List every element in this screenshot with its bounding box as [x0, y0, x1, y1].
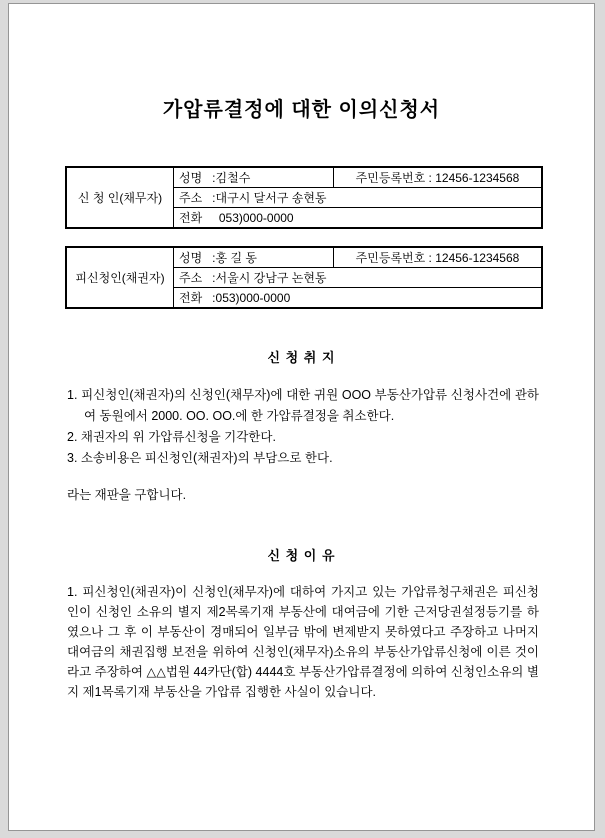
respondent-address-cell: 주소 :서울시 강남구 논현동 — [174, 268, 543, 288]
applicant-phone-cell: 전화 053)000-0000 — [174, 208, 543, 229]
reason-heading: 신 청 이 유 — [9, 545, 594, 564]
applicant-address-cell: 주소 :대구시 달서구 송현동 — [174, 188, 543, 208]
purpose-heading: 신 청 취 지 — [9, 347, 594, 366]
applicant-party-label: 신 청 인(채무자) — [66, 167, 174, 228]
purpose-closing: 라는 재판을 구합니다. — [67, 485, 186, 503]
applicant-name-cell: 성명 :김철수 — [174, 167, 334, 188]
applicant-table: 신 청 인(채무자) 성명 :김철수 주민등록번호 : 12456-123456… — [65, 166, 543, 229]
respondent-table: 피신청인(채권자) 성명 :홍 길 동 주민등록번호 : 12456-12345… — [65, 246, 543, 309]
purpose-list: 1. 피신청인(채권자)의 신청인(채무자)에 대한 귀원 OOO 부동산가압류… — [67, 385, 539, 469]
reason-paragraph: 1. 피신청인(채권자)이 신청인(채무자)에 대하여 가지고 있는 가압류청구… — [67, 582, 539, 702]
table-row: 신 청 인(채무자) 성명 :김철수 주민등록번호 : 12456-123456… — [66, 167, 542, 188]
applicant-regno-cell: 주민등록번호 : 12456-1234568 — [334, 167, 543, 188]
respondent-phone-cell: 전화 :053)000-0000 — [174, 288, 543, 309]
respondent-party-label: 피신청인(채권자) — [66, 247, 174, 308]
purpose-item-3: 3. 소송비용은 피신청인(채권자)의 부담으로 한다. — [67, 448, 539, 469]
purpose-item-2: 2. 채권자의 위 가압류신청을 기각한다. — [67, 427, 539, 448]
respondent-name-cell: 성명 :홍 길 동 — [174, 247, 334, 268]
table-row: 피신청인(채권자) 성명 :홍 길 동 주민등록번호 : 12456-12345… — [66, 247, 542, 268]
respondent-regno-cell: 주민등록번호 : 12456-1234568 — [334, 247, 543, 268]
document-page: 가압류결정에 대한 이의신청서 신 청 인(채무자) 성명 :김철수 주민등록번… — [8, 3, 595, 831]
purpose-item-1: 1. 피신청인(채권자)의 신청인(채무자)에 대한 귀원 OOO 부동산가압류… — [67, 385, 539, 427]
document-title: 가압류결정에 대한 이의신청서 — [9, 93, 594, 122]
